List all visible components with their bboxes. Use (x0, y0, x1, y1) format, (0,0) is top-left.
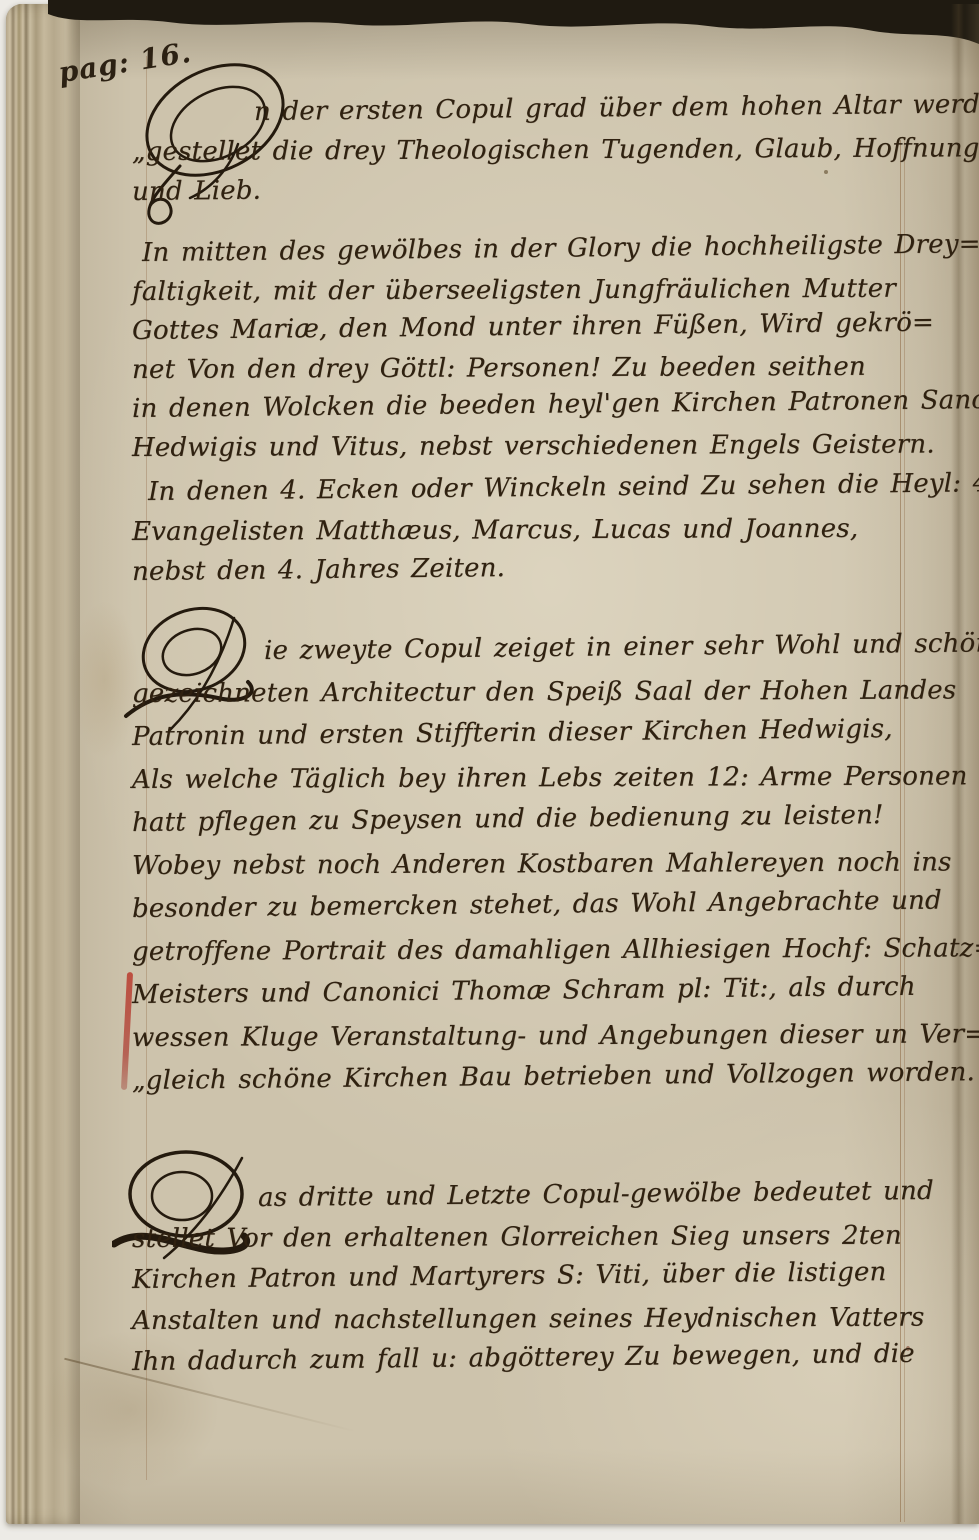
handwritten-text-line: Ihn dadurch zum fall u: abgötterey Zu be… (132, 1334, 934, 1383)
handwritten-text-line: Hedwigis und Vitus, nebst verschiedenen … (132, 425, 979, 468)
paragraph-first-cupola: n der ersten Copul grad über dem hohen A… (132, 92, 979, 212)
handwritten-text-line: Patronin und ersten Stiffterin dieser Ki… (132, 707, 979, 759)
handwritten-text-line: In denen 4. Ecken oder Winckeln seind Zu… (148, 463, 979, 512)
handwritten-text-line: Gottes Mariæ, den Mond unter ihren Füßen… (132, 303, 979, 351)
handwritten-text-line: ie zweyte Copul zeiget in einer sehr Woh… (264, 622, 979, 673)
handwritten-text-line: besonder zu bemercken stehet, das Wohl A… (132, 879, 979, 931)
handwritten-text-line: n der ersten Copul grad über dem hohen A… (254, 83, 979, 132)
handwritten-text-line: nebst den 4. Jahres Zeiten. (132, 543, 979, 592)
paragraph-third-cupola: as dritte und Letzte Copul-gewölbe bedeu… (132, 1178, 934, 1383)
paragraph-four-corners: In denen 4. Ecken oder Winckeln seind Zu… (132, 472, 979, 592)
manuscript-scan: { "page": { "page_number_label": "pag: 1… (0, 0, 979, 1540)
paragraph-vault-center: In mitten des gewölbes in der Glory die … (132, 234, 979, 468)
paragraph-second-cupola: ie zweyte Copul zeiget in einer sehr Woh… (132, 630, 979, 1103)
handwritten-text-line: as dritte und Letzte Copul-gewölbe bedeu… (258, 1171, 934, 1219)
handwritten-text-line: „gleich schöne Kirchen Bau betrieben und… (132, 1051, 979, 1103)
handwritten-text-line: Meisters und Canonici Thomæ Schram pl: T… (132, 965, 979, 1017)
paper-stain (70, 600, 140, 760)
handwritten-text-line: In mitten des gewölbes in der Glory die … (142, 225, 979, 273)
handwritten-text-line: hatt pflegen zu Speysen und die bedienun… (132, 793, 979, 845)
handwritten-text-line: in denen Wolcken die beeden heyl'gen Kir… (132, 381, 979, 429)
page-stack-left-edge (6, 4, 80, 1524)
handwritten-text-line: Kirchen Patron und Martyrers S: Viti, üb… (132, 1252, 934, 1301)
